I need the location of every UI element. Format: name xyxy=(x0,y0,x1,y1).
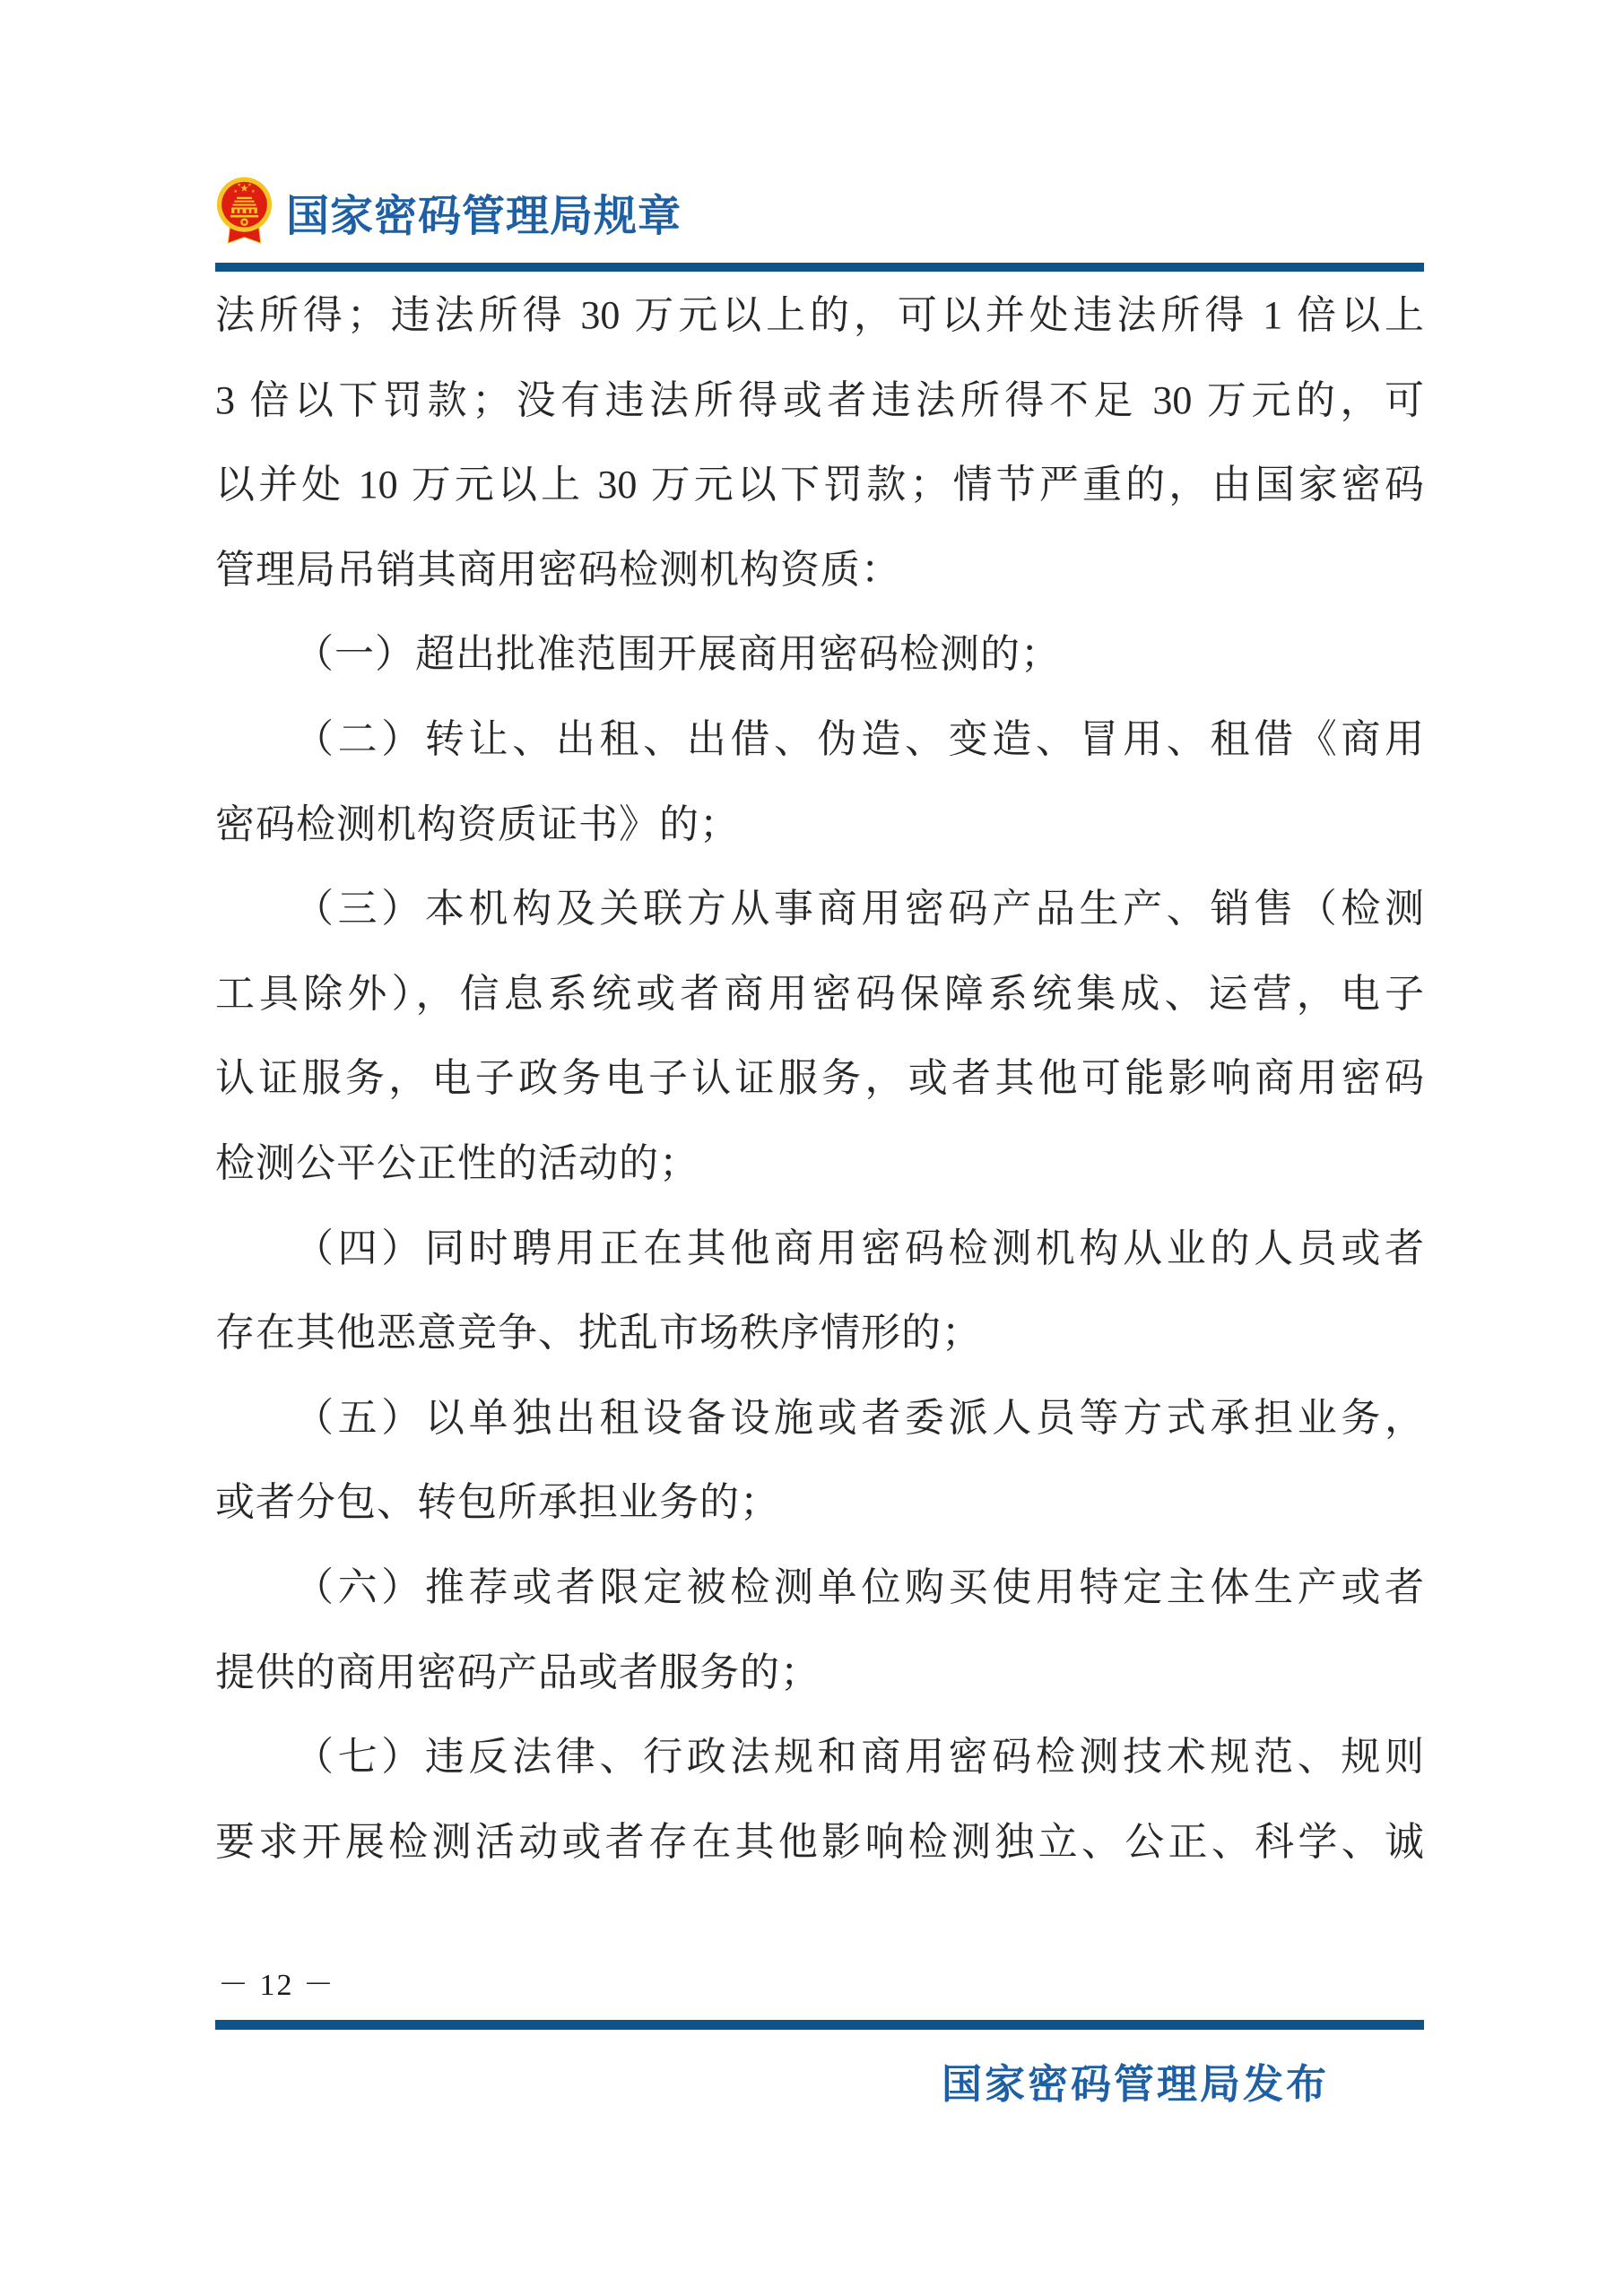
footer-divider xyxy=(215,2020,1424,2030)
page-title: 国家密码管理局规章 xyxy=(286,181,682,243)
page-number: － 12 － xyxy=(218,1960,335,2004)
body-text-line: （三）本机构及关联方从事商用密码产品生产、销售（检测 xyxy=(215,867,1424,952)
body-text-line: （六）推荐或者限定被检测单位购买使用特定主体生产或者 xyxy=(215,1546,1424,1631)
body-text-line: 要求开展检测活动或者存在其他影响检测独立、公正、科学、诚 xyxy=(215,1800,1424,1885)
body-text-line: 以并处 10 万元以上 30 万元以下罚款；情节严重的，由国家密码 xyxy=(215,443,1424,528)
body-text-line: （七）违反法律、行政法规和商用密码检测技术规范、规则 xyxy=(215,1715,1424,1800)
body-text-line: 存在其他恶意竞争、扰乱市场秩序情形的； xyxy=(215,1291,1424,1376)
body-text-line: （五）以单独出租设备设施或者委派人员等方式承担业务， xyxy=(215,1376,1424,1461)
body-text-line: 管理局吊销其商用密码检测机构资质： xyxy=(215,528,1424,613)
footer-publisher: 国家密码管理局发布 xyxy=(215,2051,1424,2110)
national-emblem-icon xyxy=(215,176,274,247)
body-text-line: 或者分包、转包所承担业务的； xyxy=(215,1460,1424,1546)
page-header: 国家密码管理局规章 xyxy=(215,176,1424,247)
body-text-line: 3 倍以下罚款；没有违法所得或者违法所得不足 30 万元的，可 xyxy=(215,359,1424,444)
body-text-line: （二）转让、出租、出借、伪造、变造、冒用、租借《商用 xyxy=(215,697,1424,783)
header-divider xyxy=(215,263,1424,272)
body-text-line: 检测公平公正性的活动的； xyxy=(215,1122,1424,1207)
body-text: 法所得；违法所得 30 万元以上的，可以并处违法所得 1 倍以上3 倍以下罚款；… xyxy=(215,273,1424,1884)
body-text-line: （一）超出批准范围开展商用密码检测的； xyxy=(215,612,1424,697)
body-text-line: （四）同时聘用正在其他商用密码检测机构从业的人员或者 xyxy=(215,1207,1424,1292)
body-text-line: 密码检测机构资质证书》的； xyxy=(215,783,1424,868)
body-text-line: 法所得；违法所得 30 万元以上的，可以并处违法所得 1 倍以上 xyxy=(215,273,1424,359)
body-text-line: 工具除外），信息系统或者商用密码保障系统集成、运营，电子 xyxy=(215,952,1424,1037)
body-text-line: 提供的商用密码产品或者服务的； xyxy=(215,1631,1424,1716)
body-text-line: 认证服务，电子政务电子认证服务，或者其他可能影响商用密码 xyxy=(215,1036,1424,1122)
